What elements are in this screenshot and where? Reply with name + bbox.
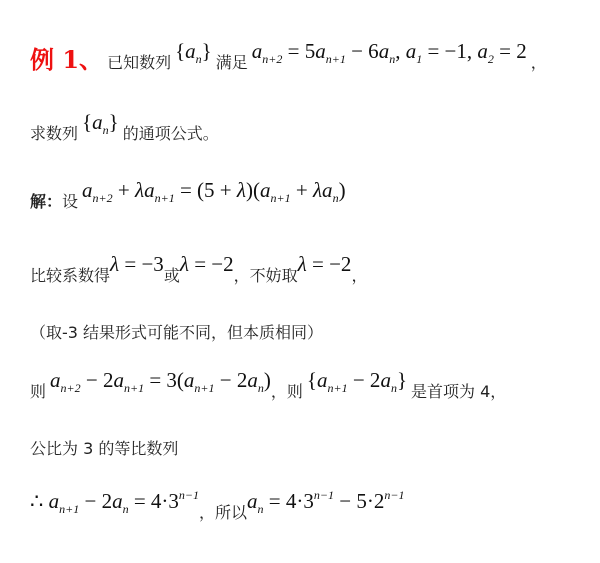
solution-note: （取-3 结果形式可能不同，但本质相同） bbox=[30, 320, 323, 343]
sequence-set: {an} bbox=[175, 39, 212, 63]
or-text: 或 bbox=[164, 266, 180, 285]
example-title: 例 1、 bbox=[30, 45, 103, 74]
problem-line-2: 求数列 {an} 的通项公式。 bbox=[30, 120, 219, 148]
problem-text-general-term: 的通项公式。 bbox=[123, 124, 219, 143]
comma: ， bbox=[531, 53, 547, 72]
solution-line-1: 解：设 an+2 + λan+1 = (5 + λ)(an+1 + λan) bbox=[30, 188, 346, 216]
solution-label: 解： bbox=[30, 192, 62, 211]
geometric-sequence-set: {an+1 − 2an} bbox=[307, 368, 407, 392]
problem-text-find: 求数列 bbox=[30, 124, 78, 143]
solution-line-3: 则 an+2 − 2an+1 = 3(an+1 − 2an)，则 {an+1 −… bbox=[30, 378, 506, 406]
problem-line-1: 例 1、 已知数列 {an} 满足 an+2 = 5an+1 − 6an, a1… bbox=[30, 40, 547, 77]
solution-line-4: 公比为 3 的等比数列 bbox=[30, 436, 178, 459]
problem-text-satisfies: 满足 bbox=[216, 53, 248, 72]
so-text: ，所以 bbox=[199, 503, 247, 522]
comma: ， bbox=[351, 266, 367, 285]
lambda-value-2: λ = −2 bbox=[180, 252, 234, 276]
compare-text: 比较系数得 bbox=[30, 266, 110, 285]
geometric-equation: ∴ an+1 − 2an = 4·3n−1 bbox=[30, 489, 199, 513]
first-term-text: 是首项为 4， bbox=[411, 382, 506, 401]
assumed-equation: an+2 + λan+1 = (5 + λ)(an+1 + λan) bbox=[82, 178, 346, 202]
sequence-set: {an} bbox=[82, 110, 119, 134]
lambda-value-1: λ = −3 bbox=[110, 252, 164, 276]
ratio-text: 公比为 3 的等比数列 bbox=[30, 439, 178, 458]
then-text: 则 bbox=[30, 382, 46, 401]
then-text-2: ，则 bbox=[271, 382, 303, 401]
solution-line-5: ∴ an+1 − 2an = 4·3n−1，所以an = 4·3n−1 − 5·… bbox=[30, 498, 404, 527]
solution-line-2: 比较系数得λ = −3或λ = −2，不妨取λ = −2， bbox=[30, 262, 367, 287]
solution-set-word: 设 bbox=[62, 192, 78, 211]
lambda-choice: λ = −2 bbox=[298, 252, 352, 276]
relation-equation: an+2 − 2an+1 = 3(an+1 − 2an) bbox=[50, 368, 271, 392]
recurrence-equation: an+2 = 5an+1 − 6an, a1 = −1, a2 = 2 bbox=[252, 39, 527, 63]
choose-text: ，不妨取 bbox=[234, 266, 298, 285]
final-formula: an = 4·3n−1 − 5·2n−1 bbox=[247, 489, 404, 513]
problem-text-known: 已知数列 bbox=[107, 53, 171, 72]
note-text: （取-3 结果形式可能不同，但本质相同） bbox=[30, 323, 323, 342]
therefore-icon: ∴ bbox=[30, 489, 43, 513]
